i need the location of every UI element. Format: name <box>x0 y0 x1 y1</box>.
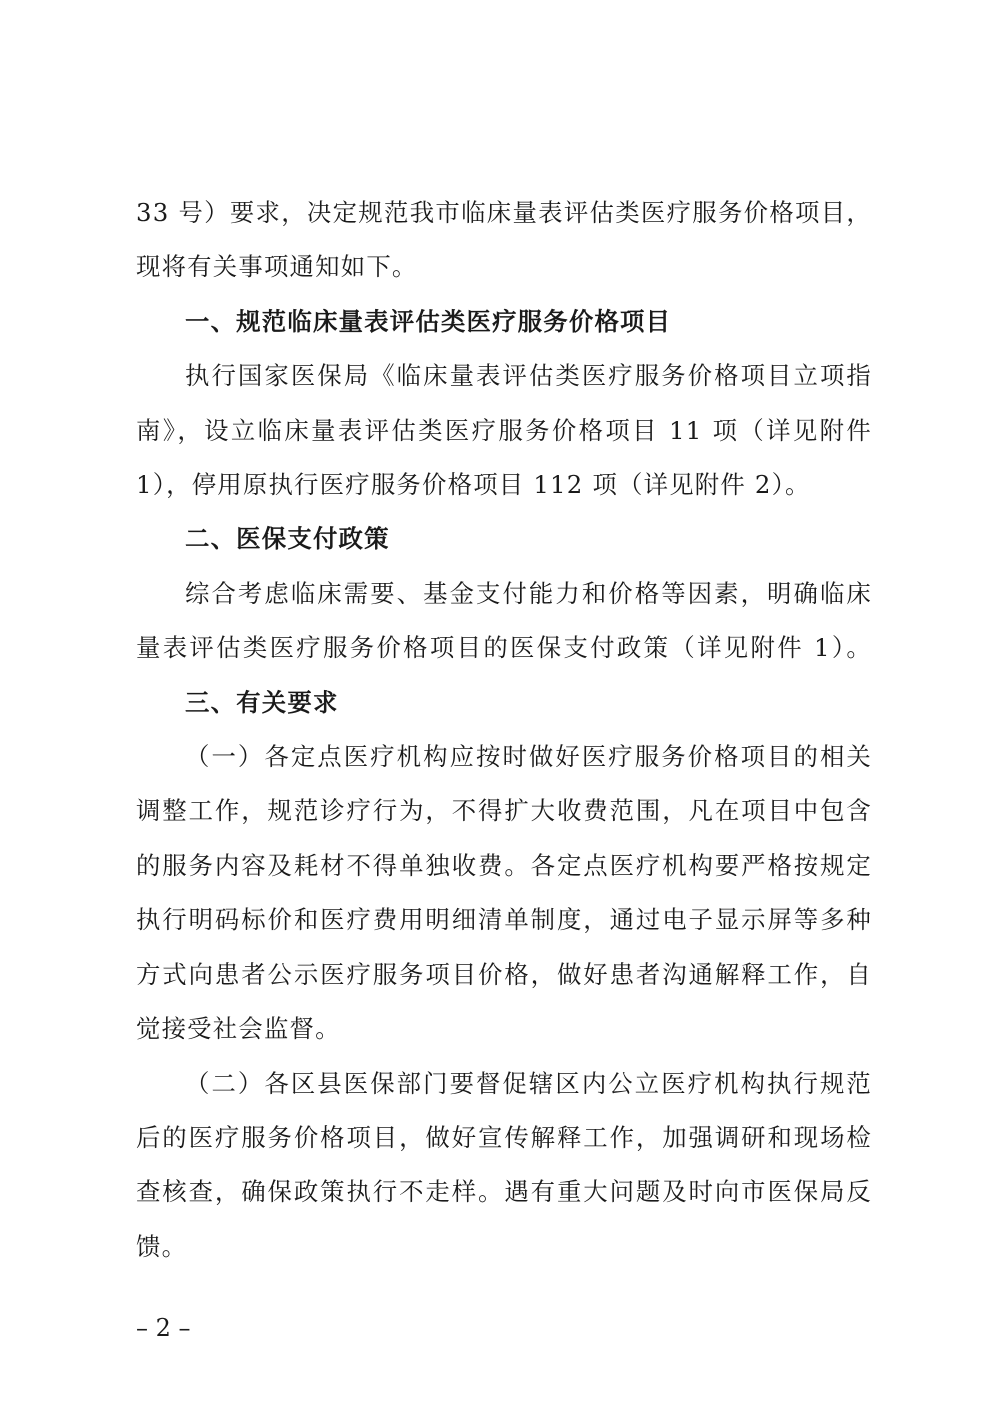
text-line: （一）各定点医疗机构应按时做好医疗服务价格项目的相关 <box>136 730 872 784</box>
text-line: 的服务内容及耗材不得单独收费。各定点医疗机构要严格按规定 <box>136 839 872 893</box>
text-line: 方式向患者公示医疗服务项目价格，做好患者沟通解释工作，自 <box>136 948 872 1002</box>
text-line: （二）各区县医保部门要督促辖区内公立医疗机构执行规范 <box>136 1057 872 1111</box>
document-page: 33 号）要求，决定规范我市临床量表评估类医疗服务价格项目， 现将有关事项通知如… <box>0 0 1000 1414</box>
paragraph-requirement-1: （一）各定点医疗机构应按时做好医疗服务价格项目的相关 调整工作，规范诊疗行为，不… <box>136 730 872 1056</box>
text-line: 综合考虑临床需要、基金支付能力和价格等因素，明确临床 <box>136 567 872 621</box>
text-line: 查核查，确保政策执行不走样。遇有重大问题及时向市医保局反 <box>136 1165 872 1219</box>
heading-text: 一、规范临床量表评估类医疗服务价格项目 <box>185 307 671 336</box>
document-body: 33 号）要求，决定规范我市临床量表评估类医疗服务价格项目， 现将有关事项通知如… <box>136 186 872 1274</box>
paragraph-section-1: 执行国家医保局《临床量表评估类医疗服务价格项目立项指 南》，设立临床量表评估类医… <box>136 349 872 512</box>
text-line: 现将有关事项通知如下。 <box>136 240 872 294</box>
paragraph-intro-continuation: 33 号）要求，决定规范我市临床量表评估类医疗服务价格项目， 现将有关事项通知如… <box>136 186 872 295</box>
text-line: 执行明码标价和医疗费用明细清单制度，通过电子显示屏等多种 <box>136 893 872 947</box>
text-line: 觉接受社会监督。 <box>136 1002 872 1056</box>
text-line: 执行国家医保局《临床量表评估类医疗服务价格项目立项指 <box>136 349 872 403</box>
page-number: – 2 – <box>136 1314 191 1342</box>
paragraph-section-2: 综合考虑临床需要、基金支付能力和价格等因素，明确临床 量表评估类医疗服务价格项目… <box>136 567 872 676</box>
text-line: 33 号）要求，决定规范我市临床量表评估类医疗服务价格项目， <box>136 186 872 240</box>
heading-text: 三、有关要求 <box>185 688 339 717</box>
heading-text: 二、医保支付政策 <box>185 524 390 553</box>
section-heading-3: 三、有关要求 <box>136 676 872 730</box>
paragraph-requirement-2: （二）各区县医保部门要督促辖区内公立医疗机构执行规范 后的医疗服务价格项目，做好… <box>136 1057 872 1275</box>
text-line: 馈。 <box>136 1220 872 1274</box>
section-heading-1: 一、规范临床量表评估类医疗服务价格项目 <box>136 295 872 349</box>
text-line: 调整工作，规范诊疗行为，不得扩大收费范围，凡在项目中包含 <box>136 784 872 838</box>
section-heading-2: 二、医保支付政策 <box>136 512 872 566</box>
text-line: 南》，设立临床量表评估类医疗服务价格项目 11 项（详见附件 <box>136 404 872 458</box>
text-line: 后的医疗服务价格项目，做好宣传解释工作，加强调研和现场检 <box>136 1111 872 1165</box>
text-line: 量表评估类医疗服务价格项目的医保支付政策（详见附件 1）。 <box>136 621 872 675</box>
text-line: 1），停用原执行医疗服务价格项目 112 项（详见附件 2）。 <box>136 458 872 512</box>
